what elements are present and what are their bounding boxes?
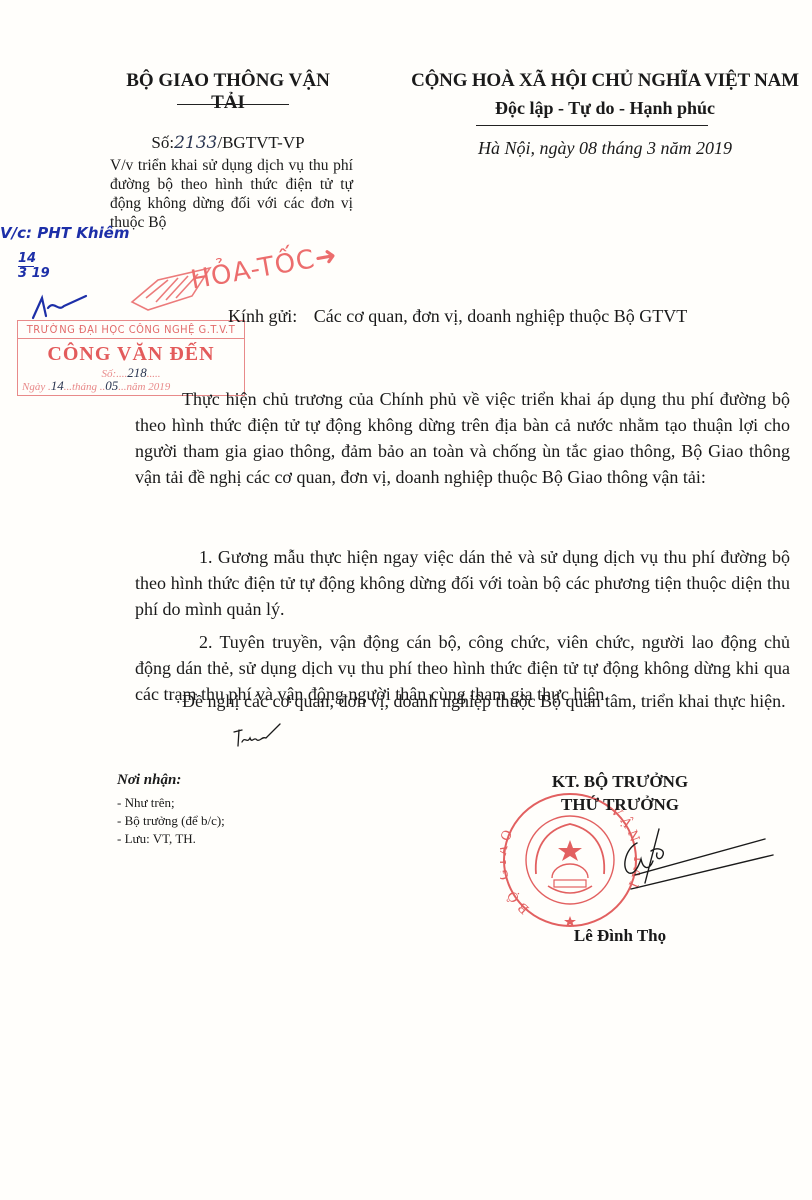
cc-item: - Bộ trưởng (để b/c);: [117, 813, 225, 829]
arrow-right-icon: ➜: [312, 240, 340, 274]
recipient-line: Kính gửi: Các cơ quan, đơn vị, doanh ngh…: [228, 306, 687, 327]
motto-underline: [476, 125, 708, 126]
stamp-organization: TRƯỜNG ĐẠI HỌC CÔNG NGHỆ G.T.V.T: [18, 323, 244, 339]
national-title: CỘNG HOÀ XÃ HỘI CHỦ NGHĨA VIỆT NAM: [398, 70, 812, 92]
cc-title: Nơi nhận:: [117, 772, 181, 789]
handwritten-initials-icon: [28, 290, 88, 320]
body-item-1: 1. Gương mẫu thực hiện ngay việc dán thẻ…: [135, 544, 790, 622]
body-intro-paragraph: Thực hiện chủ trương của Chính phủ về vi…: [135, 386, 790, 490]
recipient-label: Kính gửi:: [228, 306, 297, 326]
document-number: Số:2133/BGTVT-VP: [110, 133, 346, 153]
handwritten-date-top: 14: [18, 252, 34, 267]
issuing-agency: BỘ GIAO THÔNG VẬN TẢI: [108, 70, 348, 114]
doc-number-suffix: /BGTVT-VP: [217, 133, 304, 152]
document-subject: V/v triển khai sử dụng dịch vụ thu phí đ…: [110, 156, 353, 232]
urgent-stamp: HỎA-TỐC➜: [189, 240, 340, 295]
cc-item: - Như trên;: [117, 795, 175, 811]
handwritten-date: 14 3 19: [18, 252, 50, 281]
handwritten-date-bottom: 3 19: [18, 267, 50, 281]
agency-underline: [177, 104, 289, 105]
doc-number-prefix: Số:: [151, 133, 174, 152]
incoming-document-stamp: TRƯỜNG ĐẠI HỌC CÔNG NGHỆ G.T.V.T CÔNG VĂ…: [17, 320, 245, 396]
signature-title-secondary: THỨ TRƯỞNG: [480, 795, 760, 815]
signature-title-primary: KT. BỘ TRƯỞNG: [480, 772, 760, 792]
body-closing-paragraph: Đề nghị các cơ quan, đơn vị, doanh nghiệ…: [135, 688, 790, 714]
stamp-day-label: Ngày: [22, 381, 45, 393]
handwritten-signature-icon: [615, 825, 775, 905]
national-motto: Độc lập - Tự do - Hạnh phúc: [398, 98, 812, 119]
handwritten-assignment-note: V/c: PHT Khiêm: [0, 224, 129, 242]
doc-number-handwritten: 2133: [174, 133, 217, 153]
stamp-day: 14: [51, 378, 64, 393]
stamp-month-label: tháng: [72, 381, 97, 393]
stamp-title: CÔNG VĂN ĐẾN: [18, 343, 244, 366]
place-and-date: Hà Nội, ngày 08 tháng 3 năm 2019: [398, 138, 812, 159]
stamp-month: 05: [105, 378, 118, 393]
initials-signature-icon: [232, 722, 282, 748]
recipient-value: Các cơ quan, đơn vị, doanh nghiệp thuộc …: [314, 306, 687, 326]
urgent-stamp-text: HỎA-TỐC: [189, 244, 318, 295]
cc-item: - Lưu: VT, TH.: [117, 831, 196, 847]
signer-name: Lê Đình Thọ: [480, 926, 760, 946]
